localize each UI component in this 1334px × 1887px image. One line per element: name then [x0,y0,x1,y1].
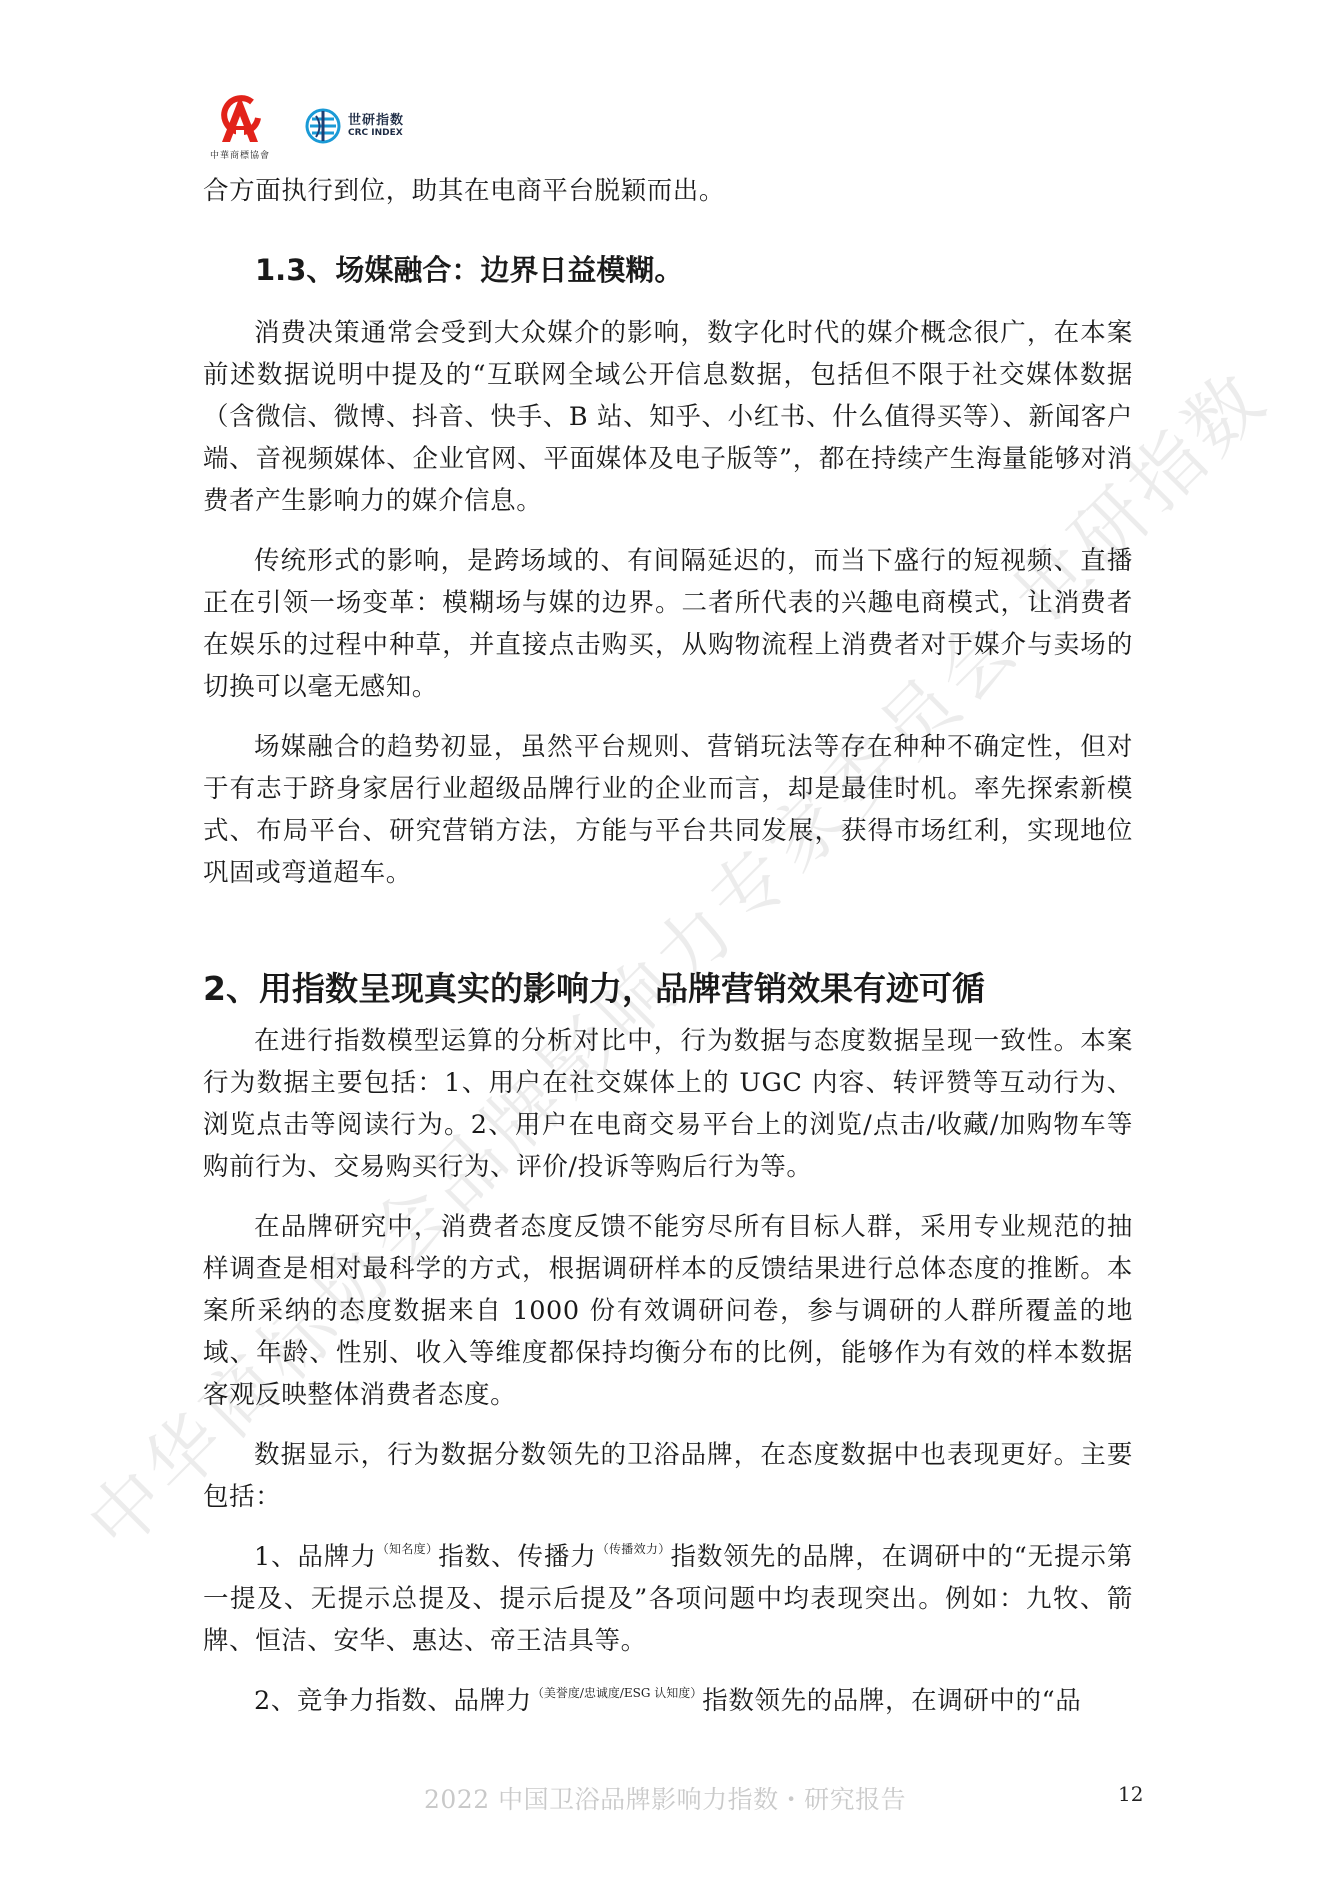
globe-icon [304,107,342,145]
section-heading-2: 2、用指数呈现真实的影响力，品牌营销效果有迹可循 [203,966,1133,1012]
paragraph: 在进行指数模型运算的分析对比中，行为数据与态度数据呈现一致性。本案行为数据主要包… [203,1020,1133,1188]
section-heading-1-3: 1.3、场媒融合：边界日益模糊。 [203,250,1133,290]
crc-index-logo: 世研指数 CRC INDEX [304,106,404,146]
document-page: 中华商标协会品牌影响力专家委员会 世研指数 中華商標協會 世研指数 CRC IN… [0,0,1334,1887]
footer-report-title: 2022 中国卫浴品牌影响力指数・研究报告 [424,1780,906,1816]
list-item-2: 2、竞争力指数、品牌力（美誉度/忠诚度/ESG 认知度）指数领先的品牌，在调研中… [203,1680,1133,1722]
paragraph: 消费决策通常会受到大众媒介的影响，数字化时代的媒介概念很广，在本案前述数据说明中… [203,312,1133,522]
cta-logo-caption: 中華商標協會 [200,148,280,161]
footnote-annotation: （传播效力） [597,1542,671,1556]
footnote-annotation: （知名度） [377,1542,439,1556]
cta-emblem-icon [200,88,280,148]
footnote-annotation: （美誉度/忠诚度/ESG 认知度） [532,1686,702,1700]
china-trademark-association-logo: 中華商標協會 [200,88,280,164]
paragraph: 场媒融合的趋势初显，虽然平台规则、营销玩法等存在种种不确定性，但对于有志于跻身家… [203,726,1133,894]
paragraph: 在品牌研究中，消费者态度反馈不能穷尽所有目标人群，采用专业规范的抽样调查是相对最… [203,1206,1133,1416]
crc-logo-cn: 世研指数 [348,114,404,127]
continuation-text: 合方面执行到位，助其在电商平台脱颖而出。 [203,170,1133,212]
paragraph: 传统形式的影响，是跨场域的、有间隔延迟的，而当下盛行的短视频、直播正在引领一场变… [203,540,1133,708]
paragraph: 数据显示，行为数据分数领先的卫浴品牌，在态度数据中也表现更好。主要包括： [203,1434,1133,1518]
page-number: 12 [1118,1782,1143,1806]
crc-logo-en: CRC INDEX [348,129,404,138]
document-body: 合方面执行到位，助其在电商平台脱颖而出。 1.3、场媒融合：边界日益模糊。 消费… [203,170,1133,1722]
list-item-1: 1、品牌力（知名度）指数、传播力（传播效力）指数领先的品牌，在调研中的“无提示第… [203,1536,1133,1662]
